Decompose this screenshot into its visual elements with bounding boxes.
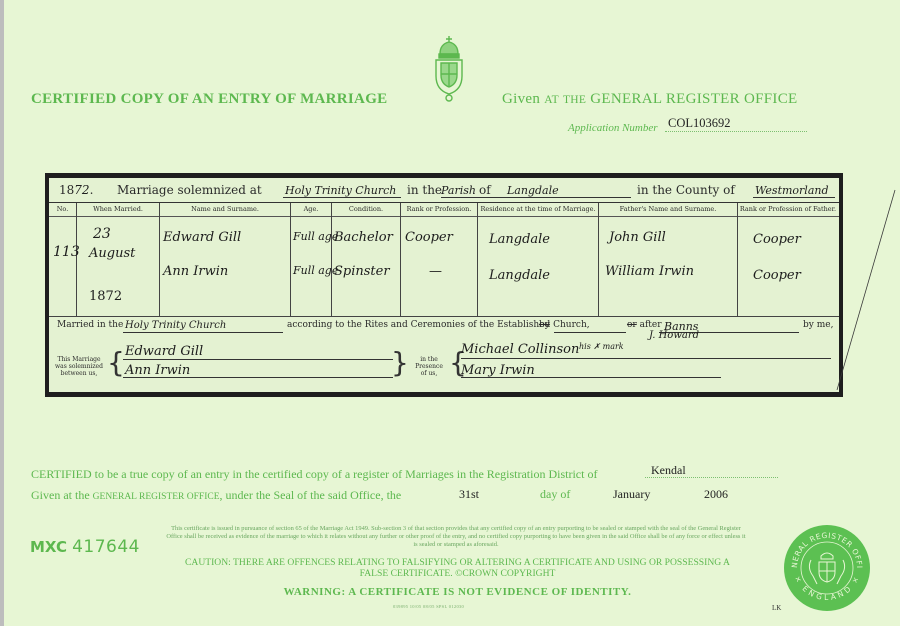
col-father-rank: Rank or Profession of Father.: [738, 205, 838, 213]
parish-word: Parish: [441, 184, 476, 197]
identity-warning: WARNING: A CERTIFICATE IS NOT EVIDENCE O…: [170, 586, 745, 598]
scan-edge: [0, 0, 4, 626]
certificate-serial: MXC 417644: [30, 537, 140, 557]
application-number-dotted-line: [665, 131, 807, 132]
issue-month: January: [613, 487, 650, 502]
county-name: Westmorland: [755, 184, 829, 197]
witness-1-line: [461, 358, 831, 359]
bride-rank: —: [429, 264, 442, 279]
void-diagonal-line: [835, 150, 900, 390]
issue-day: 31st: [459, 487, 479, 502]
application-number-value: COL103692: [668, 116, 731, 131]
given-word: Given: [502, 91, 540, 107]
register-entry-frame: 1872. Marriage solemnized at Holy Trinit…: [45, 173, 843, 397]
application-number-label: Application Number: [568, 122, 658, 134]
col-rank: Rank or Profession.: [401, 205, 477, 213]
the-word: the: [563, 94, 586, 106]
col-father-name: Father's Name and Surname.: [599, 205, 737, 213]
married-in-underline: [123, 332, 283, 333]
officiant-signature: J. Howard: [649, 330, 699, 341]
witness-1-signature: Michael Collinson: [461, 342, 579, 357]
certification-line-2: Given at the General Register Office, un…: [31, 488, 401, 503]
column-headers: No. When Married. Name and Surname. Age.…: [49, 203, 839, 217]
year-printed: 1872.: [59, 183, 93, 197]
col-divider: [477, 203, 478, 316]
bride-father-name: William Irwin: [605, 264, 694, 279]
solemnized-label: Marriage solemnized at: [117, 183, 262, 197]
entry-number: 113: [53, 244, 80, 260]
married-month: August: [89, 246, 135, 261]
groom-father-name: John Gill: [609, 230, 666, 245]
married-in-label: Married in the: [57, 320, 123, 330]
bride-residence: Langdale: [489, 268, 550, 283]
col-divider: [290, 203, 291, 316]
witness-mark: his ✗ mark: [579, 342, 624, 351]
general-register-office-seal-icon: GENERAL REGISTER OFFICE × ENGLAND ×: [783, 524, 871, 612]
district-dotted-line: [645, 477, 778, 478]
married-in-church: Holy Trinity Church: [125, 320, 226, 331]
party-bride-signature: Ann Irwin: [125, 363, 190, 378]
groom-residence: Langdale: [489, 232, 550, 247]
bride-father-rank: Cooper: [753, 268, 801, 283]
presence-label: in thePresenceof us,: [409, 356, 449, 377]
left-brace: {: [107, 349, 125, 377]
witness-2-line: [461, 377, 721, 378]
groom-father-rank: Cooper: [753, 232, 801, 247]
legal-notice: This certificate is issued in pursuance …: [165, 525, 747, 548]
royal-crest-icon: [432, 34, 466, 104]
married-year: 1872: [89, 289, 122, 304]
col-divider: [598, 203, 599, 316]
document-title: CERTIFIED COPY OF AN ENTRY OF MARRIAGE: [31, 91, 387, 108]
party-groom-signature: Edward Gill: [125, 344, 203, 359]
church-underline: [283, 197, 401, 198]
issue-year: 2006: [704, 487, 728, 502]
col-divider: [400, 203, 401, 316]
by-struck: by: [539, 320, 550, 330]
certification-line-1: CERTIFIED to be a true copy of an entry …: [31, 467, 597, 482]
groom-name: Edward Gill: [163, 230, 241, 245]
register-heading-row: 1872. Marriage solemnized at Holy Trinit…: [49, 178, 839, 203]
col-divider: [737, 203, 738, 316]
issuer-heading: Given at the GENERAL REGISTER OFFICE: [502, 91, 797, 108]
print-code: 039895 10/05 08/05 SPSL 012030: [393, 604, 464, 609]
office-name: GENERAL REGISTER OFFICE: [590, 91, 797, 107]
registration-district: Kendal: [651, 463, 686, 478]
col-divider: [331, 203, 332, 316]
col-condition: Condition.: [332, 205, 400, 213]
party-groom-line: [123, 359, 393, 360]
in-the-label: in the: [407, 183, 442, 197]
bride-condition: Spinster: [334, 264, 390, 279]
by-me: by me,: [803, 320, 833, 330]
col-divider: [159, 203, 160, 316]
col-name: Name and Surname.: [160, 205, 290, 213]
col-age: Age.: [291, 205, 331, 213]
county-underline: [753, 197, 835, 198]
parish-name: Langdale: [507, 184, 559, 197]
clerk-initials: LK: [772, 604, 781, 612]
between-us-label: This Marriagewas solemnizedbetween us,: [49, 356, 109, 377]
right-brace: }: [391, 349, 409, 377]
at-word: at: [544, 94, 559, 106]
church-name: Holy Trinity Church: [285, 184, 396, 197]
day-of-label: day of: [540, 487, 570, 502]
col-when-married: When Married.: [77, 205, 159, 213]
party-bride-line: [123, 377, 393, 378]
col-residence: Residence at the time of Marriage.: [478, 205, 598, 213]
groom-condition: Bachelor: [334, 230, 393, 245]
or-after: or after: [627, 320, 662, 330]
by-underline: [554, 332, 626, 333]
county-label: in the County of: [637, 183, 735, 197]
col-no: No.: [49, 205, 76, 213]
of-label: of: [479, 183, 491, 197]
bride-name: Ann Irwin: [163, 264, 228, 279]
groom-rank: Cooper: [405, 230, 453, 245]
bride-age: Full age: [293, 264, 338, 277]
married-day: 23: [93, 226, 111, 242]
married-in-divider: [49, 316, 839, 318]
witness-2-signature: Mary Irwin: [461, 363, 535, 378]
groom-age: Full age: [293, 230, 338, 243]
caution-notice: CAUTION: THERE ARE OFFENCES RELATING TO …: [170, 557, 745, 579]
parish-underline: [441, 197, 631, 198]
